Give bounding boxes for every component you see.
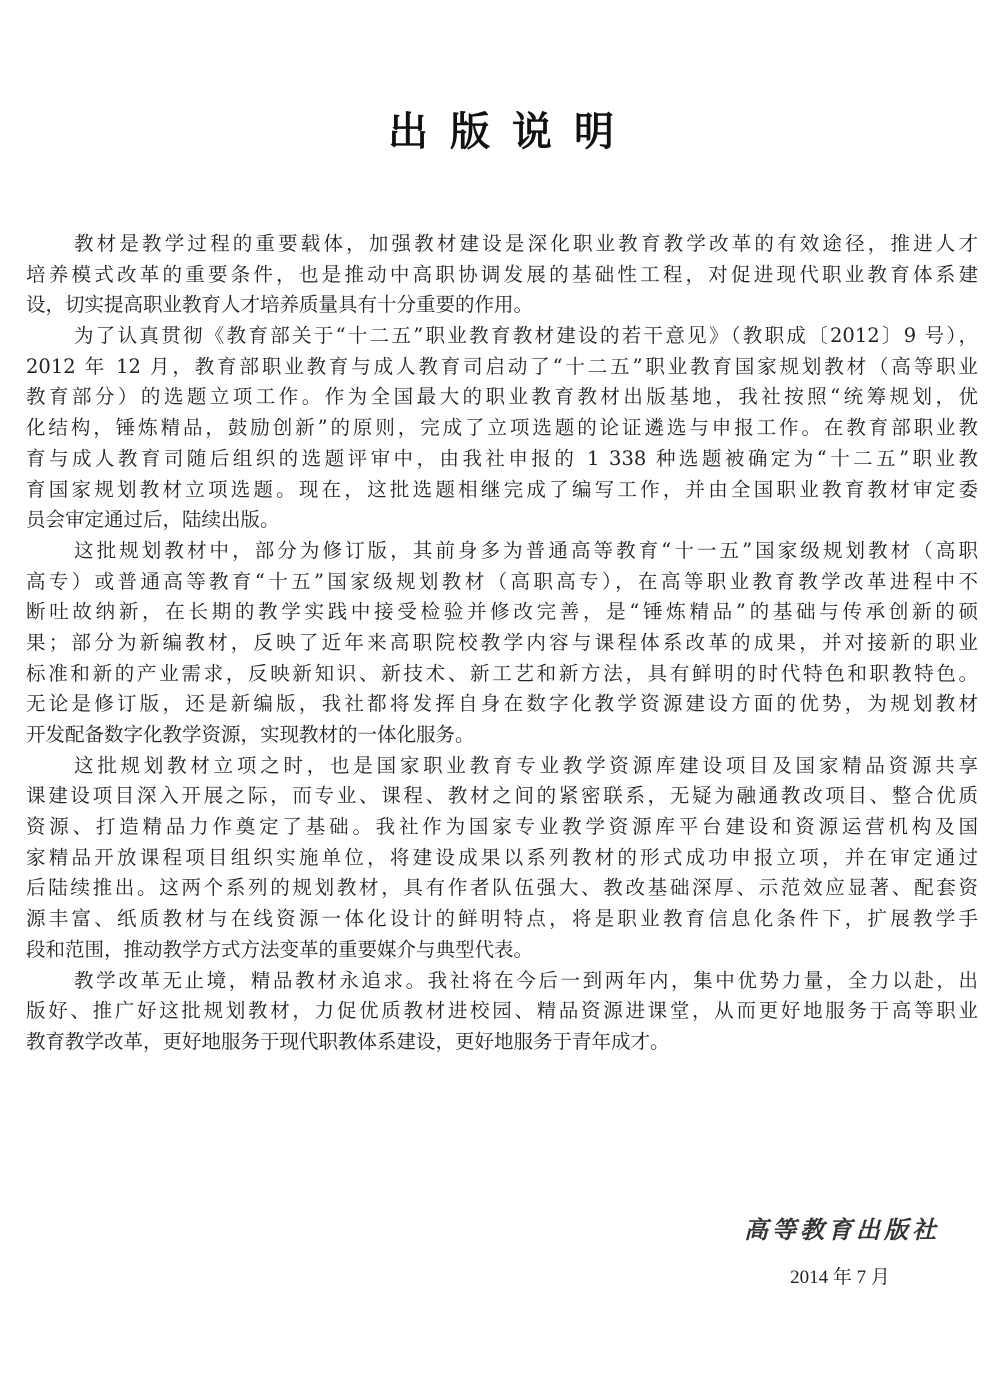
paragraph: 这批规划教材中，部分为修订版，其前身多为普通高等教育“十一五”国家级规划教材（高… xyxy=(26,536,978,751)
text-line: 教材是教学过程的重要载体，加强教材建设是深化职业教育教学改革的有效途径，推进人才 xyxy=(26,229,978,260)
text-line: 化结构，锤炼精品，鼓励创新”的原则，完成了立项选题的论证遴选与申报工作。在教育部… xyxy=(26,413,978,444)
text-line: 版好、推广好这批规划教材，力促优质教材进校园、精品资源进课堂，从而更好地服务于高… xyxy=(26,996,978,1027)
text-line: 段和范围，推动教学方式方法变革的重要媒介与典型代表。 xyxy=(26,935,978,966)
text-line: 开发配备数字化教学资源，实现教材的一体化服务。 xyxy=(26,720,978,751)
text-line: 标准和新的产业需求，反映新知识、新技术、新工艺和新方法，具有鲜明的时代特色和职教… xyxy=(26,659,978,690)
text-line: 育国家规划教材立项选题。现在，这批选题相继完成了编写工作，并由全国职业教育教材审… xyxy=(26,475,978,506)
paragraph: 教材是教学过程的重要载体，加强教材建设是深化职业教育教学改革的有效途径，推进人才… xyxy=(26,229,978,321)
text-line: 这批规划教材中，部分为修订版，其前身多为普通高等教育“十一五”国家级规划教材（高… xyxy=(26,536,978,567)
page-title: 出版说明 xyxy=(0,100,1002,157)
text-line: 育与成人教育司随后组织的选题评审中，由我社申报的 1 338 种选题被确定为“十… xyxy=(26,444,978,475)
text-line: 培养模式改革的重要条件，也是推动中高职协调发展的基础性工程，对促进现代职业教育体… xyxy=(26,260,978,291)
text-line: 这批规划教材立项之时，也是国家职业教育专业教学资源库建设项目及国家精品资源共享 xyxy=(26,751,978,782)
paragraph: 为了认真贯彻《教育部关于“十二五”职业教育教材建设的若干意见》（教职成〔2012… xyxy=(26,321,978,536)
text-line: 为了认真贯彻《教育部关于“十二五”职业教育教材建设的若干意见》（教职成〔2012… xyxy=(26,321,978,352)
text-line: 设，切实提高职业教育人才培养质量具有十分重要的作用。 xyxy=(26,290,978,321)
text-line: 源丰富、纸质教材与在线资源一体化设计的鲜明特点，将是职业教育信息化条件下，扩展教… xyxy=(26,904,978,935)
text-line: 断吐故纳新，在长期的教学实践中接受检验并修改完善，是“锤炼精品”的基础与传承创新… xyxy=(26,597,978,628)
text-line: 2012 年 12 月，教育部职业教育与成人教育司启动了“十二五”职业教育国家规… xyxy=(26,352,978,383)
signature-date: 2014 年 7 月 xyxy=(760,1262,920,1289)
text-line: 课建设项目深入开展之际，而专业、课程、教材之间的紧密联系，无疑为融通教改项目、整… xyxy=(26,781,978,812)
text-line: 教育教学改革，更好地服务于现代职教体系建设，更好地服务于青年成才。 xyxy=(26,1027,978,1058)
text-line: 教育部分）的选题立项工作。作为全国最大的职业教育教材出版基地，我社按照“统筹规划… xyxy=(26,382,978,413)
paragraph: 这批规划教材立项之时，也是国家职业教育专业教学资源库建设项目及国家精品资源共享 … xyxy=(26,751,978,966)
paragraph: 教学改革无止境，精品教材永追求。我社将在今后一到两年内，集中优势力量，全力以赴，… xyxy=(26,966,978,1058)
document-body: 教材是教学过程的重要载体，加强教材建设是深化职业教育教学改革的有效途径，推进人才… xyxy=(26,229,978,1058)
text-line: 资源、打造精品力作奠定了基础。我社作为国家专业教学资源库平台建设和资源运营机构及… xyxy=(26,812,978,843)
text-line: 无论是修订版，还是新编版，我社都将发挥自身在数字化教学资源建设方面的优势，为规划… xyxy=(26,689,978,720)
text-line: 员会审定通过后，陆续出版。 xyxy=(26,505,978,536)
text-line: 高专）或普通高等教育“十五”国家级规划教材（高职高专），在高等职业教育教学改革进… xyxy=(26,567,978,598)
publisher-signature: 高等教育出版社 xyxy=(742,1210,942,1245)
text-line: 后陆续推出。这两个系列的规划教材，具有作者队伍强大、教改基础深厚、示范效应显著、… xyxy=(26,873,978,904)
text-line: 家精品开放课程项目组织实施单位，将建设成果以系列教材的形式成功申报立项，并在审定… xyxy=(26,843,978,874)
text-line: 教学改革无止境，精品教材永追求。我社将在今后一到两年内，集中优势力量，全力以赴，… xyxy=(26,966,978,997)
text-line: 果；部分为新编教材，反映了近年来高职院校教学内容与课程体系改革的成果，并对接新的… xyxy=(26,628,978,659)
